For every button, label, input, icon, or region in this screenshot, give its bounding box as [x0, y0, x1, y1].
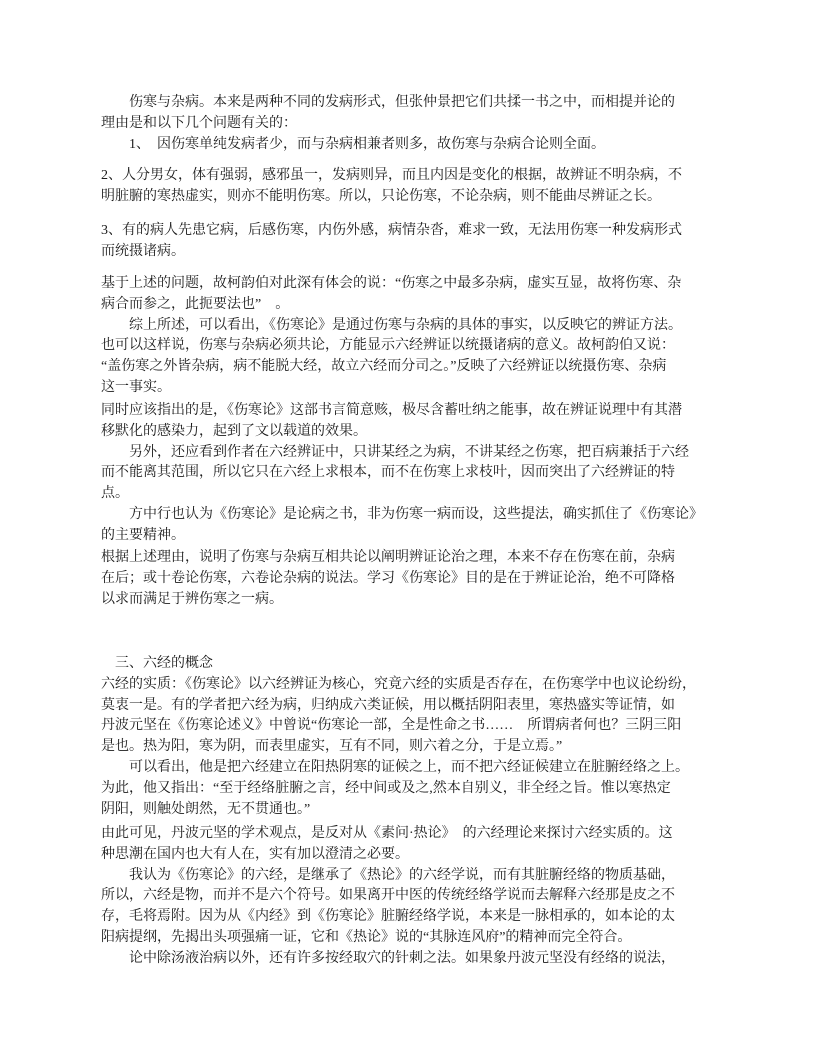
- text-line: 论中除汤液治病以外，还有许多按经取穴的针刺之法。如果象丹波元坚没有经络的说法，: [101, 949, 723, 970]
- text-line: 是也。热为阳，寒为阴，而表里虚实，互有不同，则六着之分，于是立焉。”: [101, 737, 723, 758]
- text-line: “盖伤寒之外皆杂病，病不能脱大经，故立六经而分司之。”反映了六经辨证以统摄伤寒、…: [101, 357, 723, 378]
- text-line: 理由是和以下几个问题有关的：: [101, 114, 723, 135]
- text-line: 所以，六经是物，而并不是六个符号。如果离开中医的传统经络学说而去解释六经那是皮之…: [101, 886, 723, 907]
- text-line: 以求而满足于辨伤寒之一病。: [101, 590, 723, 611]
- text-line: 阴阳，则触处朗然，无不贯通也。”: [101, 800, 723, 821]
- text-line: 伤寒与杂病。本来是两种不同的发病形式，但张仲景把它们共揉一书之中，而相提并论的: [101, 93, 723, 114]
- text-line: 我认为《伤寒论》的六经，是继承了《热论》的六经学说，而有其脏腑经络的物质基础，: [101, 866, 723, 887]
- text-line: 在后；或十卷论伤寒，六卷论杂病的说法。学习《伤寒论》目的是在于辨证论治，绝不可降…: [101, 569, 723, 590]
- text-line: 移默化的感染力，起到了文以载道的效果。: [101, 422, 723, 443]
- text-line: 由此可见，丹波元坚的学术观点，是反对从《素问·热论》 的六经理论来探讨六经实质的…: [101, 824, 723, 845]
- paragraph-block-6: 根据上述理由，说明了伤寒与杂病互相共论以阐明辨证论治之理，本来不存在伤寒在前，杂…: [101, 548, 723, 610]
- paragraph-block-5: 同时应该指出的是，《伤寒论》这部书言简意赅，极尽含蓄吐纳之能事，故在辨证说理中有…: [101, 401, 723, 547]
- text-line: 阳病提纲，先揭出头项强痛一证，它和《热论》说的“其脉连风府”的精神而完全符合。: [101, 928, 723, 949]
- text-line: 的主要精神。: [101, 526, 723, 547]
- text-line: 3、有的病人先患它病，后感伤寒，内伤外感，病情杂沓，难求一致，无法用伤寒一种发病…: [101, 221, 723, 242]
- paragraph-block-2: 2、人分男女，体有强弱，感邪虽一，发病则异，而且内因是变化的根据，故辨证不明杂病…: [101, 166, 723, 208]
- text-line: 综上所述，可以看出，《伤寒论》是通过伤寒与杂病的具体的事实，以反映它的辨证方法。: [101, 316, 723, 337]
- text-line: 而统摄诸病。: [101, 242, 723, 263]
- paragraph-block-8: 由此可见，丹波元坚的学术观点，是反对从《素问·热论》 的六经理论来探讨六经实质的…: [101, 824, 723, 970]
- paragraph-block-4: 基于上述的问题，故柯韵伯对此深有体会的说：“伤寒之中最多杂病，虚实互显，故将伤寒…: [101, 274, 723, 399]
- text-line: 种思潮在国内也大有人在，实有加以澄清之必要。: [101, 845, 723, 866]
- text-line: 同时应该指出的是，《伤寒论》这部书言简意赅，极尽含蓄吐纳之能事，故在辨证说理中有…: [101, 401, 723, 422]
- text-line: 根据上述理由，说明了伤寒与杂病互相共论以阐明辨证论治之理，本来不存在伤寒在前，杂…: [101, 548, 723, 569]
- text-line: 1、 因伤寒单纯发病者少，而与杂病相兼者则多，故伤寒与杂病合论则全面。: [101, 135, 723, 156]
- text-line: 可以看出，他是把六经建立在阳热阴寒的证候之上，而不把六经证候建立在脏腑经络之上。: [101, 758, 723, 779]
- text-line: 这一事实。: [101, 378, 723, 399]
- text-line: 点。: [101, 484, 723, 505]
- text-line: 2、人分男女，体有强弱，感邪虽一，发病则异，而且内因是变化的根据，故辨证不明杂病…: [101, 166, 723, 187]
- text-line: 病合而参之，此扼要法也” 。: [101, 295, 723, 316]
- text-line: 为此，他又指出：“至于经络脏腑之言，经中间或及之,然本自别义，非全经之旨。惟以寒…: [101, 779, 723, 800]
- section-heading: 三、六经的概念: [101, 654, 723, 675]
- text-line: 丹波元坚在《伤寒论述义》中曾说“伤寒论一部，全是性命之书…… 所谓病者何也？三阴…: [101, 716, 723, 737]
- text-line: 存，毛将焉附。因为从《内经》到《伤寒论》脏腑经络学说，本来是一脉相承的，如本论的…: [101, 907, 723, 928]
- paragraph-block-7: 三、六经的概念六经的实质：《伤寒论》以六经辨证为核心，究竟六经的实质是否存在，在…: [101, 654, 723, 820]
- text-line: 也可以这样说，伤寒与杂病必须共论，方能显示六经辨证以统摄诸病的意义。故柯韵伯又说…: [101, 336, 723, 357]
- paragraph-block-1: 伤寒与杂病。本来是两种不同的发病形式，但张仲景把它们共揉一书之中，而相提并论的理…: [101, 93, 723, 155]
- text-line: 而不能离其范围，所以它只在六经上求根本，而不在伤寒上求枝叶，因而突出了六经辨证的…: [101, 463, 723, 484]
- text-line: 明脏腑的寒热虚实，则亦不能明伤寒。所以，只论伤寒，不论杂病，则不能曲尽辨证之长。: [101, 187, 723, 208]
- text-line: 另外，还应看到作者在六经辨证中，只讲某经之为病，不讲某经之伤寒，把百病兼括于六经: [101, 443, 723, 464]
- document-page: 伤寒与杂病。本来是两种不同的发病形式，但张仲景把它们共揉一书之中，而相提并论的理…: [0, 0, 816, 1056]
- paragraph-block-3: 3、有的病人先患它病，后感伤寒，内伤外感，病情杂沓，难求一致，无法用伤寒一种发病…: [101, 221, 723, 263]
- text-line: 六经的实质：《伤寒论》以六经辨证为核心，究竟六经的实质是否存在，在伤寒学中也议论…: [101, 675, 723, 696]
- text-line: 基于上述的问题，故柯韵伯对此深有体会的说：“伤寒之中最多杂病，虚实互显，故将伤寒…: [101, 274, 723, 295]
- text-line: 莫衷一是。有的学者把六经为病，归纳成六类证候，用以概括阴阳表里，寒热盛实等证情，…: [101, 696, 723, 717]
- text-line: 方中行也认为《伤寒论》是论病之书，非为伤寒一病而设，这些提法，确实抓住了《伤寒论…: [101, 505, 723, 526]
